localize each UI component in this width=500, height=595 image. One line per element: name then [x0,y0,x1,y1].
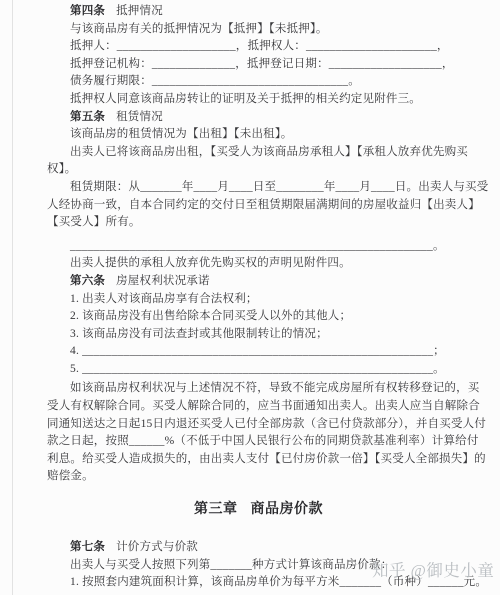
document-line: 抵押人：____________________，抵押权人：__________… [47,38,470,56]
document-line: 2. 该商品房没有出售给除本合同买受人以外的其他人； [47,308,470,326]
document-line: 与该商品房有关的抵押情况为【抵押】【未抵押】。 [47,21,470,39]
document-line: 抵押登记机构：______________，抵押登记日期：___________… [47,56,470,74]
article-heading: 第六条房屋权利状况承诺 [47,273,470,291]
document-line: 4. _____________________________________… [47,343,470,361]
document-line: 赔偿金。 [47,468,470,486]
article-heading: 第五条租赁情况 [47,109,470,127]
document-line: 款之日起，按照______%（不低于中国人民银行公布的同期贷款基准利率）计算给付 [47,433,470,451]
document-line: 如该商品房权利状况与上述情况不符，导致不能完成房屋所有权转移登记的，买 [47,380,470,398]
document-line: 债务履行期限：_________________________________… [47,73,470,91]
article-number: 第四条 [70,5,105,17]
article-title: 抵押情况 [116,5,163,17]
document-line: 同通知送达之日起15日内退还买受人已付全部房款（含已付贷款部分），并自买受人付 [47,416,470,434]
article-heading: 第四条抵押情况 [47,3,470,21]
article-number: 第七条 [70,541,105,553]
chapter-title: 商品房价款 [251,502,324,517]
document-line: 1. 出卖人对该商品房享有合法权利； [47,291,470,309]
document-line: 该商品房的租赁情况为【出租】【未出租】。 [47,126,470,144]
document-line: 5. _____________________________________… [47,361,470,379]
document-line: 3. 该商品房没有司法查封或其他限制转让的情况； [47,326,470,344]
document-line: 出卖人提供的承租人放弃优先购买权的声明见附件四。 [47,255,470,273]
article-heading: 第七条计价方式与价款 [47,539,470,557]
article-title: 计价方式与价款 [116,541,198,553]
document-line: 人经协商一致，自本合同约定的交付日至租赁期限届满期间的房屋收益归【出卖人】 [47,197,470,215]
document-line: 抵押权人同意该商品房转让的证明及关于抵押的相关约定见附件三。 [47,91,470,109]
document-line: 1. 按照套内建筑面积计算，该商品房单价为每平方米_______（币种）____… [47,574,470,592]
document-line: 利息。给买受人造成损失的，由出卖人支付【已付房价款一倍】【买受人全部损失】的 [47,451,470,469]
chapter-heading: 第三章商品房价款 [47,500,470,520]
document-line: 出卖人已将该商品房出租，【买受人为该商品房承租人】【承租人放弃优先购买 [47,144,470,162]
document-line: 租赁期限：从_______年____月____日至________年____月_… [47,179,470,197]
document-line: 出卖人与买受人按照下列第_______种方式计算该商品房价款： [47,557,470,575]
document-line: 权】。 [47,161,470,179]
document-line: ________________________________________… [47,238,470,256]
article-number: 第六条 [70,275,105,287]
contract-page: 第四条抵押情况与该商品房有关的抵押情况为【抵押】【未抵押】。抵押人：______… [0,0,500,595]
chapter-number: 第三章 [194,502,238,517]
document-line: 受人有权解除合同。买受人解除合同的，应当书面通知出卖人。出卖人应当自解除合 [47,398,470,416]
contract-text-body: 第四条抵押情况与该商品房有关的抵押情况为【抵押】【未抵押】。抵押人：______… [0,0,500,595]
article-title: 房屋权利状况承诺 [116,275,210,287]
article-number: 第五条 [70,111,105,123]
article-title: 租赁情况 [116,111,163,123]
document-line: 【买受人】所有。 [47,214,470,232]
